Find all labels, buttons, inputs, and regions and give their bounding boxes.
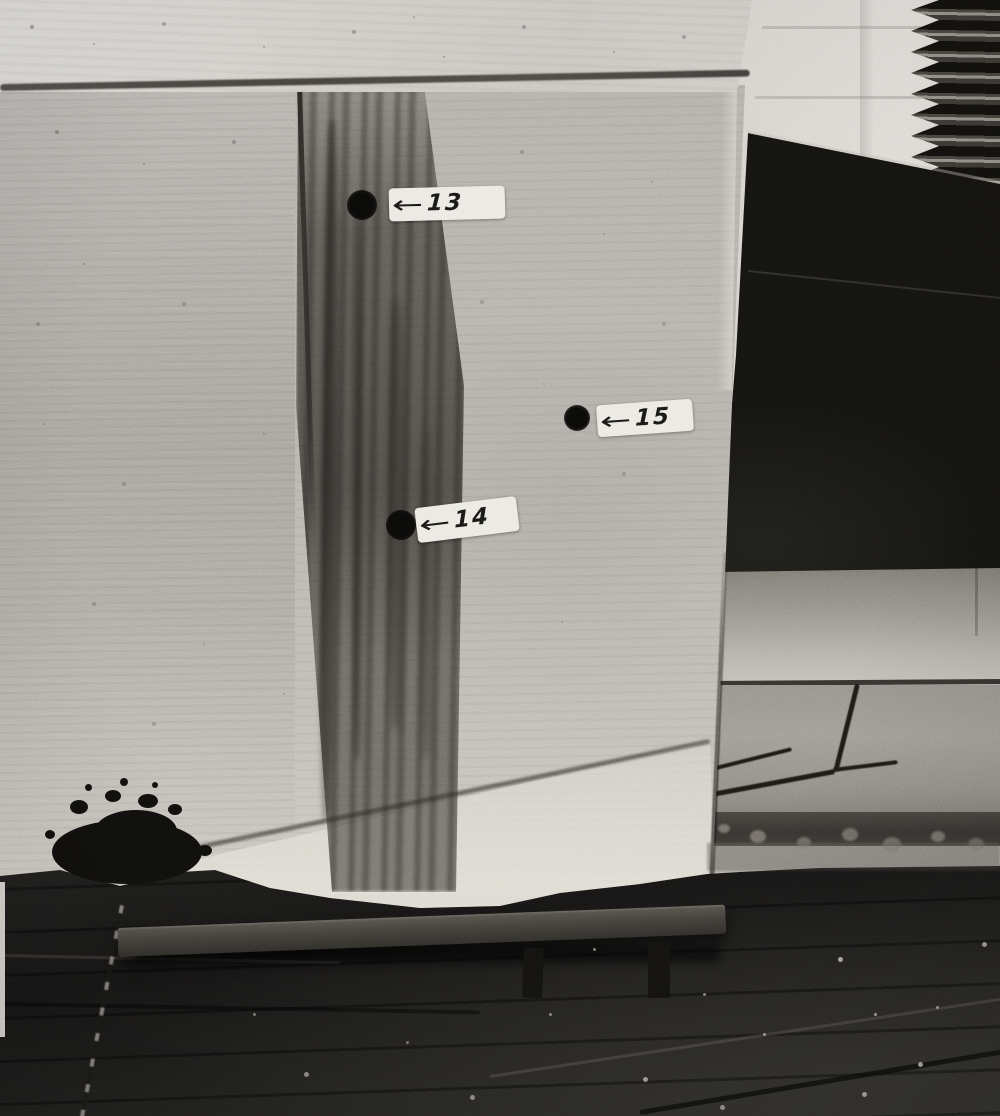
mortar-light-patches (718, 824, 730, 833)
tar-stain-blob (95, 810, 177, 852)
drill-hole-14 (386, 510, 416, 540)
left-arrow-icon: ← (418, 509, 452, 538)
tar-stain-splatter (120, 778, 128, 786)
stain-streak (352, 200, 362, 760)
roof-sheen (700, 398, 1000, 580)
sample-marker-15: ← 15 (564, 398, 694, 440)
sample-number-13: 13 (426, 192, 463, 216)
tar-stain-splatter (105, 790, 121, 802)
deck-left-edge-highlight (0, 882, 5, 1037)
tar-stain-splatter (168, 804, 182, 815)
tar-stain-splatter (152, 782, 158, 788)
background-masonry-line (762, 26, 922, 29)
left-arrow-icon: ← (391, 192, 423, 218)
sample-marker-13: ← 13 (347, 186, 512, 226)
bench-leg (522, 948, 544, 999)
left-arrow-icon: ← (599, 406, 632, 433)
deck-edge-mottle (707, 843, 1000, 871)
photo: ← 13 ← 15 ← 14 (0, 0, 1000, 1116)
roof-slope (700, 125, 1000, 580)
right-wall-mortar-band (703, 812, 1000, 846)
tar-stain-splatter (138, 794, 158, 808)
sample-number-14: 14 (454, 505, 491, 532)
deck-paint-flecks (0, 0, 5, 5)
tar-stain-splatter (198, 845, 212, 856)
left-wall (0, 84, 312, 890)
tar-stain-splatter (70, 800, 88, 814)
sample-label-tag-14: ← 14 (414, 496, 520, 543)
sample-number-15: 15 (635, 405, 671, 431)
sample-marker-14: ← 14 (386, 500, 521, 545)
stain-streak (420, 430, 432, 760)
bench-leg (648, 942, 670, 998)
tar-stain-splatter (85, 784, 92, 791)
drill-hole-15 (564, 405, 590, 431)
tar-stain-splatter (45, 830, 55, 839)
drill-hole-13 (347, 190, 377, 220)
sample-label-tag-13: ← 13 (389, 185, 506, 221)
sample-label-tag-15: ← 15 (596, 399, 694, 438)
louver-stack (905, 0, 1000, 188)
